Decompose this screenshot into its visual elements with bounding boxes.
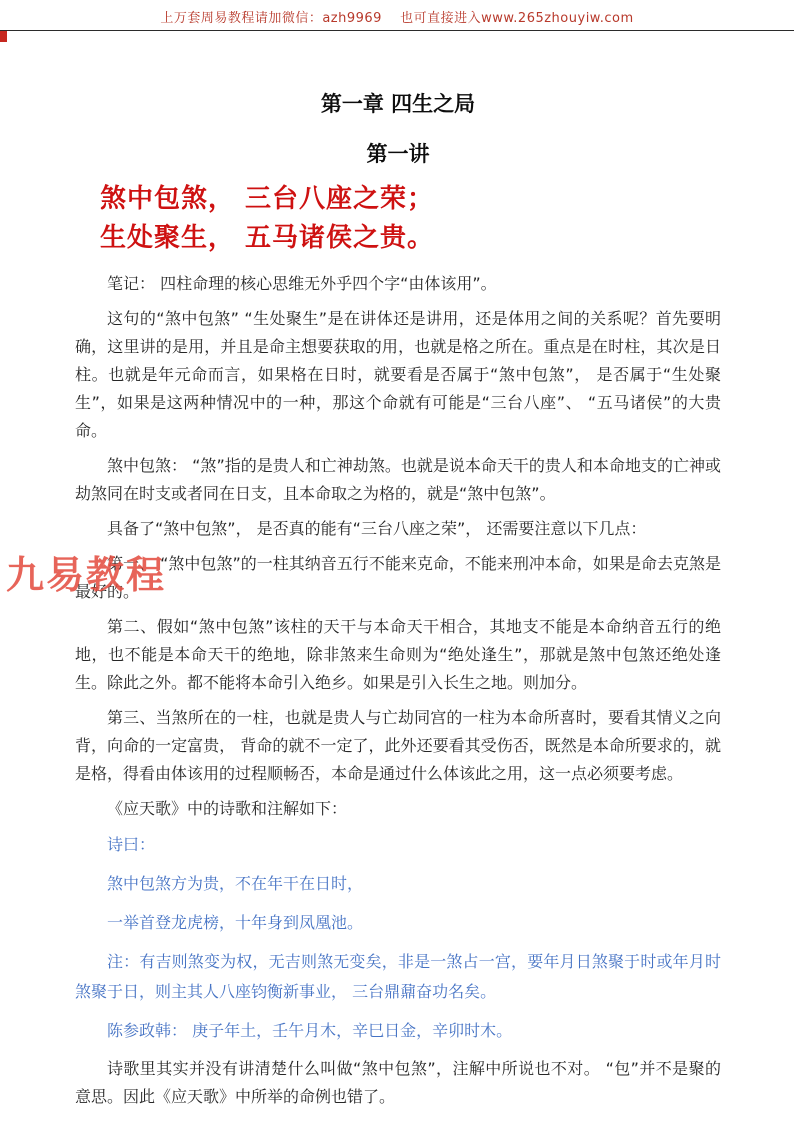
paragraph-point-1: 第一、 “煞中包煞”的一柱其纳音五行不能来克命，不能来刑冲本命，如果是命去克煞是… — [75, 550, 721, 606]
paragraph-point-3: 第三、当煞所在的一柱，也就是贵人与亡劫同宫的一柱为本命所喜时，要看其情义之向背，… — [75, 704, 721, 788]
red-couplet-line-1: 煞中包煞， 三台八座之荣； — [100, 180, 721, 219]
document-page: { "header": { "promo_text": "上万套周易教程请加微信… — [0, 0, 794, 1123]
paragraph-shazhongbaosha-definition: 煞中包煞： “煞”指的是贵人和亡神劫煞。也就是说本命天干的贵人和本命地支的亡神或… — [75, 452, 721, 508]
header-divider — [0, 30, 794, 31]
poem-annotation: 注：有吉则煞变为权，无吉则煞无变矣，非是一煞占一宫，要年月日煞聚于时或年月时煞聚… — [75, 947, 721, 1007]
poem-line-2: 一举首登龙虎榜，十年身到凤凰池。 — [75, 908, 721, 938]
paragraph-conclusion: 诗歌里其实并没有讲清楚什么叫做“煞中包煞”，注解中所说也不对。 “包”并不是聚的… — [75, 1055, 721, 1111]
paragraph-yingtiange-intro: 《应天歌》中的诗歌和注解如下： — [75, 795, 721, 823]
paragraph-explanation: 这句的“煞中包煞” “生处聚生”是在讲体还是讲用，还是体用之间的关系呢？首先要明… — [75, 305, 721, 445]
paragraph-note: 笔记： 四柱命理的核心思维无外乎四个字“由体该用”。 — [75, 270, 721, 298]
red-margin-mark — [0, 31, 7, 42]
poem-label: 诗曰： — [75, 830, 721, 860]
watermark-jiuyi-jiaocheng: 九易教程 — [6, 544, 166, 599]
document-body: 第一章 四生之局 第一讲 煞中包煞， 三台八座之荣； 生处聚生， 五马诸侯之贵。… — [75, 88, 721, 1118]
lecture-title: 第一讲 — [75, 138, 721, 168]
red-couplet-line-2: 生处聚生， 五马诸侯之贵。 — [100, 219, 721, 258]
poem-line-1: 煞中包煞方为贵，不在年干在日时， — [75, 869, 721, 899]
header-promo-text: 上万套周易教程请加微信：azh9969 也可直接进入www.265zhouyiw… — [0, 7, 794, 26]
paragraph-points-intro: 具备了“煞中包煞”， 是否真的能有“三台八座之荣”， 还需要注意以下几点： — [75, 515, 721, 543]
poem-example-case: 陈参政韩： 庚子年土，壬午月木，辛巳日金，辛卯时木。 — [75, 1016, 721, 1046]
paragraph-point-2: 第二、假如“煞中包煞”该柱的天干与本命天干相合，其地支不能是本命纳音五行的绝地，… — [75, 613, 721, 697]
red-couplet: 煞中包煞， 三台八座之荣； 生处聚生， 五马诸侯之贵。 — [100, 180, 721, 258]
chapter-title: 第一章 四生之局 — [75, 88, 721, 118]
